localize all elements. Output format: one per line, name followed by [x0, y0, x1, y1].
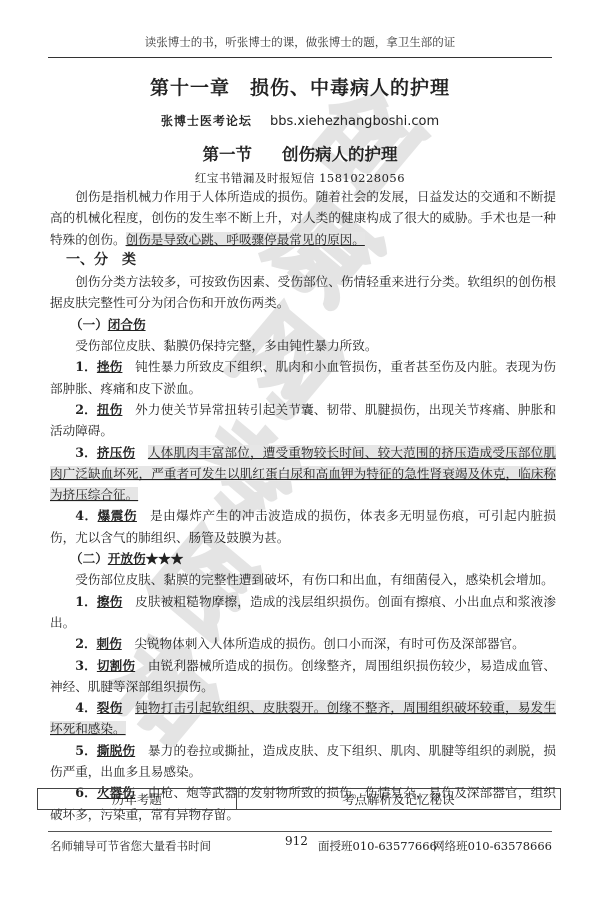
item-term: 刺伤: [97, 636, 122, 651]
item-term: 裂伤: [97, 700, 123, 715]
section-number: 第一节: [203, 145, 253, 164]
closed-item-1: 1．挫伤 钝性暴力所致皮下组织、肌肉和小血管损伤，重者甚至伤及内脏。表现为伤部肿…: [50, 356, 556, 399]
page-footer: 名师辅导可节省您大量看书时间 912 面授班010-63577666 网络班01…: [48, 836, 552, 854]
open-item-4: 4．裂伤 钝物打击引起软组织、皮肤裂开。创缘不整齐，周围组织破坏较重，易发生坏死…: [50, 697, 556, 740]
section-name: 创伤病人的护理: [282, 145, 398, 164]
forum-url: bbs.xiehezhangboshi.com: [270, 114, 439, 129]
item-text: 皮肤被粗糙物摩擦，造成的浅层组织损伤。创面有擦痕、小出血点和浆液渗出。: [50, 594, 556, 630]
heading-classification: 一、分 类: [50, 250, 556, 271]
page-number: 912: [285, 834, 308, 848]
exam-table: 历年考题 考点解析及记忆秘诀: [37, 788, 561, 810]
item-term: 挫伤: [97, 359, 123, 374]
closed-item-2: 2．扭伤 外力使关节异常扭转引起关节囊、韧带、肌腱损伤，出现关节疼痛、肿胀和活动…: [50, 399, 556, 442]
item-term: 撕脱伤: [97, 743, 135, 758]
body-text: 创伤是指机械力作用于人体所造成的损伤。随着社会的发展，日益发达的交通和不断提高的…: [50, 186, 556, 825]
heading-label: 闭合伤: [108, 317, 146, 332]
item-number: 2．: [75, 402, 97, 417]
table-header-analysis: 考点解析及记忆秘诀: [236, 789, 560, 810]
item-number: 2．: [75, 636, 96, 651]
heading-open-injury: （二）开放伤★★★: [50, 548, 556, 569]
item-term: 爆震伤: [98, 508, 137, 523]
item-term: 切割伤: [97, 658, 135, 673]
intro-highlight: 创伤是导致心跳、呼吸骤停最常见的原因。: [126, 232, 365, 247]
table-header-row: 历年考题 考点解析及记忆秘诀: [38, 789, 561, 810]
footer-slogan: 名师辅导可节省您大量看书时间: [50, 838, 211, 854]
footer-divider: [48, 831, 552, 832]
forum-line: 张博士医考论坛 bbs.xiehezhangboshi.com: [0, 112, 600, 129]
item-term: 擦伤: [97, 594, 123, 609]
item-text: 钝性暴力所致皮下组织、肌肉和小血管损伤，重者甚至伤及内脏。表现为伤部肿胀、疼痛和…: [50, 359, 556, 395]
importance-stars: ★★★: [146, 551, 184, 566]
intro-paragraph: 创伤是指机械力作用于人体所造成的损伤。随着社会的发展，日益发达的交通和不断提高的…: [50, 186, 556, 250]
item-text: 外力使关节异常扭转引起关节囊、韧带、肌腱损伤，出现关节疼痛、肿胀和活动障碍。: [50, 402, 556, 438]
forum-name: 张博士医考论坛: [161, 114, 252, 128]
item-term: 挤压伤: [97, 445, 135, 460]
document-page: 创 原 网 考 医 和 读张博士的书，听张博士的课，做张博士的题，拿卫生部的证 …: [0, 0, 600, 912]
item-number: 1．: [75, 359, 97, 374]
item-number: 1．: [75, 594, 97, 609]
heading-prefix: （二）: [70, 551, 108, 566]
closed-item-4: 4．爆震伤 是由爆炸产生的冲击波造成的损伤，体表多无明显伤痕，可引起内脏损伤，尤…: [50, 505, 556, 548]
classification-paragraph: 创伤分类方法较多，可按致伤因素、受伤部位、伤情轻重来进行分类。软组织的创伤根据皮…: [50, 271, 556, 314]
open-item-5: 5．撕脱伤 暴力的卷拉或撕扯，造成皮肤、皮下组织、肌肉、肌腱等组织的剥脱，损伤严…: [50, 740, 556, 783]
closed-desc: 受伤部位皮肤、黏膜仍保持完整，多由钝性暴力所致。: [50, 335, 556, 356]
page-header-slogan: 读张博士的书，听张博士的课，做张博士的题，拿卫生部的证: [0, 34, 600, 50]
item-number: 4．: [75, 508, 97, 523]
item-text-highlight: 钝物打击引起软组织、皮肤裂开。创缘不整齐，周围组织破坏较重，易发生坏死和感染。: [50, 700, 556, 736]
item-number: 3．: [75, 658, 97, 673]
heading-closed-injury: （一）闭合伤: [50, 314, 556, 335]
footer-face-class-phone: 面授班010-63577666: [318, 838, 437, 854]
header-divider: [48, 57, 552, 58]
item-term: 扭伤: [97, 402, 123, 417]
errata-notice: 红宝书错漏及时报短信 15810228056: [0, 170, 600, 186]
item-number: 4．: [75, 700, 97, 715]
open-item-2: 2．刺伤 尖锐物体刺入人体所造成的损伤。创口小而深，有时可伤及深部器官。: [50, 633, 556, 654]
item-number: 5．: [75, 743, 97, 758]
footer-online-class-phone: 网络班010-63578666: [433, 838, 552, 854]
open-desc: 受伤部位皮肤、黏膜的完整性遭到破坏，有伤口和出血，有细菌侵入，感染机会增加。: [50, 569, 556, 590]
item-text: 尖锐物体刺入人体所造成的损伤。创口小而深，有时可伤及深部器官。: [134, 636, 524, 651]
table-header-past-questions: 历年考题: [38, 789, 237, 810]
open-item-3: 3．切割伤 由锐利器械所造成的损伤。创缘整齐，周围组织损伤较少，易造成血管、神经…: [50, 655, 556, 698]
chapter-title: 第十一章 损伤、中毒病人的护理: [0, 73, 600, 100]
closed-item-3: 3．挤压伤 人体肌肉丰富部位，遭受重物较长时间、较大范围的挤压造成受压部位肌肉广…: [50, 442, 556, 506]
heading-prefix: （一）: [70, 317, 108, 332]
item-number: 3．: [75, 445, 97, 460]
section-title: 第一节创伤病人的护理: [0, 141, 600, 165]
open-item-1: 1．擦伤 皮肤被粗糙物摩擦，造成的浅层组织损伤。创面有擦痕、小出血点和浆液渗出。: [50, 591, 556, 634]
heading-label: 开放伤: [108, 551, 146, 566]
